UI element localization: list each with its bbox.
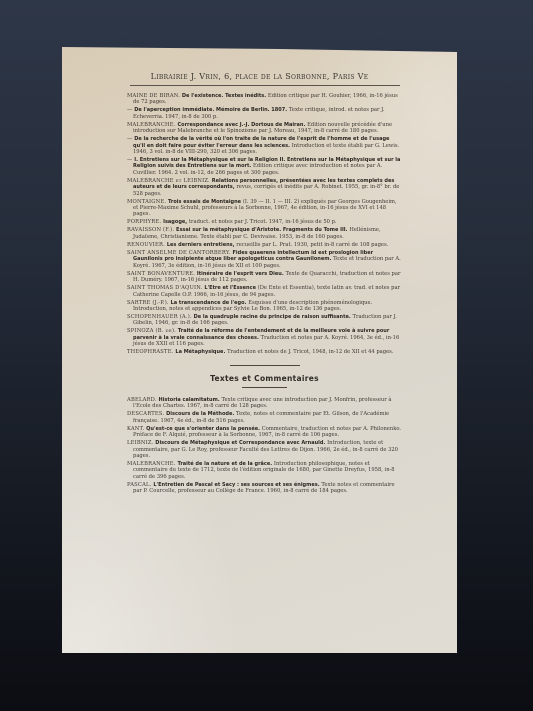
entry-author: SAINT ANSELME DE CANTORBERY. <box>127 250 232 256</box>
catalog-entry: — I. Entretiens sur la Métaphysique et s… <box>127 157 402 176</box>
section-title-rule <box>242 387 287 388</box>
catalog-entry: SAINT BONAVENTURE. Itinéraire de l'espri… <box>127 271 402 284</box>
entry-details: traduct. et notes par J. Tricot. 1947, i… <box>189 219 337 225</box>
catalog-entry: MALEBRANCHE. Traité de la nature et de l… <box>127 461 402 480</box>
entry-title: Discours de Métaphysique et Correspondan… <box>155 440 327 446</box>
entry-author: THEOPHRASTE. <box>127 349 175 355</box>
section-divider <box>230 365 300 366</box>
entry-author: SAINT THOMAS D'AQUIN. <box>127 285 204 291</box>
entry-title: Trois essais de Montaigne <box>168 199 243 205</box>
catalog-entry: SCHOPENHAUER (A.). De la quadruple racin… <box>127 314 402 327</box>
catalog-entry: KANT. Qu'est-ce que s'orienter dans la p… <box>127 426 402 439</box>
entry-author: SARTRE (J.-P.). <box>127 300 171 306</box>
entry-title: De la quadruple racine du principe de ra… <box>194 314 353 320</box>
entry-author: MALEBRANCHE et LEIBNIZ. <box>127 178 212 184</box>
publisher-header: Librairie J. Vrin, 6, place de la Sorbon… <box>62 72 457 81</box>
catalog-content: MAINE DE BIRAN. De l'existence. Textes i… <box>127 93 402 496</box>
catalog-entry: MAINE DE BIRAN. De l'existence. Textes i… <box>127 93 402 106</box>
entry-author: SPINOZA (B. de). <box>127 328 178 334</box>
entry-title: Itinéraire de l'esprit vers Dieu. <box>197 271 286 277</box>
entry-author: RAVAISSON (F.). <box>127 227 176 233</box>
entry-title: Essai sur la métaphysique d'Aristote. Fr… <box>176 227 349 233</box>
entry-author: MALEBRANCHE. <box>127 122 177 128</box>
entry-author: RENOUVIER. <box>127 242 167 248</box>
entry-title: Correspondance avec J.-J. Dortous de Mai… <box>177 122 307 128</box>
section-title: Textes et Commentaires <box>127 376 402 382</box>
entry-author: MAINE DE BIRAN. <box>127 93 182 99</box>
catalog-entry: PASCAL. L'Entretien de Pascal et Sacy : … <box>127 482 402 495</box>
entry-title: Les derniers entretiens, <box>167 242 236 248</box>
catalog-entry: RAVAISSON (F.). Essai sur la métaphysiqu… <box>127 227 402 240</box>
catalog-entry: MALEBRANCHE et LEIBNIZ. Relations person… <box>127 178 402 197</box>
catalog-entry: LEIBNIZ. Discours de Métaphysique et Cor… <box>127 440 402 459</box>
entry-title: De l'existence. Textes inédits. <box>182 93 268 99</box>
entry-author: SCHOPENHAUER (A.). <box>127 314 194 320</box>
entry-details: Traduction et notes de J. Tricot, 1948, … <box>227 349 393 355</box>
catalog-entry: RENOUVIER. Les derniers entretiens, recu… <box>127 242 402 248</box>
catalog-entry: THEOPHRASTE. La Métaphysique. Traduction… <box>127 349 402 355</box>
entry-title: L'Etre et l'Essence <box>204 285 257 291</box>
entry-title: La transcendance de l'ego. <box>171 300 249 306</box>
catalog-entry: SPINOZA (B. de). Traité de la réforme de… <box>127 328 402 347</box>
catalog-entry: DESCARTES. Discours de la Méthode. Texte… <box>127 411 402 424</box>
entry-author: DESCARTES. <box>127 411 166 417</box>
entry-author: LEIBNIZ. <box>127 440 155 446</box>
entry-details: recueillis par L. Prat. 1930, petit in-8… <box>236 242 388 248</box>
catalog-entry: ABELARD. Historia calamitatum. Texte cri… <box>127 397 402 410</box>
book-back-cover: Librairie J. Vrin, 6, place de la Sorbon… <box>62 47 457 653</box>
catalog-entry: MALEBRANCHE. Correspondance avec J.-J. D… <box>127 122 402 135</box>
catalog-entry: — De l'aperception immédiate. Mémoire de… <box>127 107 402 120</box>
catalog-entry: PORPHYRE. Isagoge, traduct. et notes par… <box>127 219 402 225</box>
catalog-entry: SARTRE (J.-P.). La transcendance de l'eg… <box>127 300 402 313</box>
catalog-entry: MONTAIGNE. Trois essais de Montaigne (I.… <box>127 199 402 218</box>
entry-author: KANT. <box>127 426 146 432</box>
commentaries-list: ABELARD. Historia calamitatum. Texte cri… <box>127 397 402 495</box>
entry-author: PORPHYRE. <box>127 219 163 225</box>
catalog-entry: SAINT THOMAS D'AQUIN. L'Etre et l'Essenc… <box>127 285 402 298</box>
entry-author: PASCAL. <box>127 482 153 488</box>
entry-author: SAINT BONAVENTURE. <box>127 271 197 277</box>
entry-title: Qu'est-ce que s'orienter dans la pensée. <box>146 426 262 432</box>
entry-title: Discours de la Méthode. <box>166 411 236 417</box>
entry-title: De l'aperception immédiate. Mémoire de B… <box>134 107 289 113</box>
header-rule <box>130 85 400 86</box>
catalog-list: MAINE DE BIRAN. De l'existence. Textes i… <box>127 93 402 356</box>
catalog-entry: SAINT ANSELME DE CANTORBERY. Fides quaer… <box>127 250 402 269</box>
entry-author: MONTAIGNE. <box>127 199 168 205</box>
entry-title: Isagoge, <box>163 219 189 225</box>
catalog-entry: — De la recherche de la vérité où l'on t… <box>127 136 402 155</box>
entry-title: L'Entretien de Pascal et Sacy : ses sour… <box>153 482 321 488</box>
entry-title: La Métaphysique. <box>175 349 227 355</box>
